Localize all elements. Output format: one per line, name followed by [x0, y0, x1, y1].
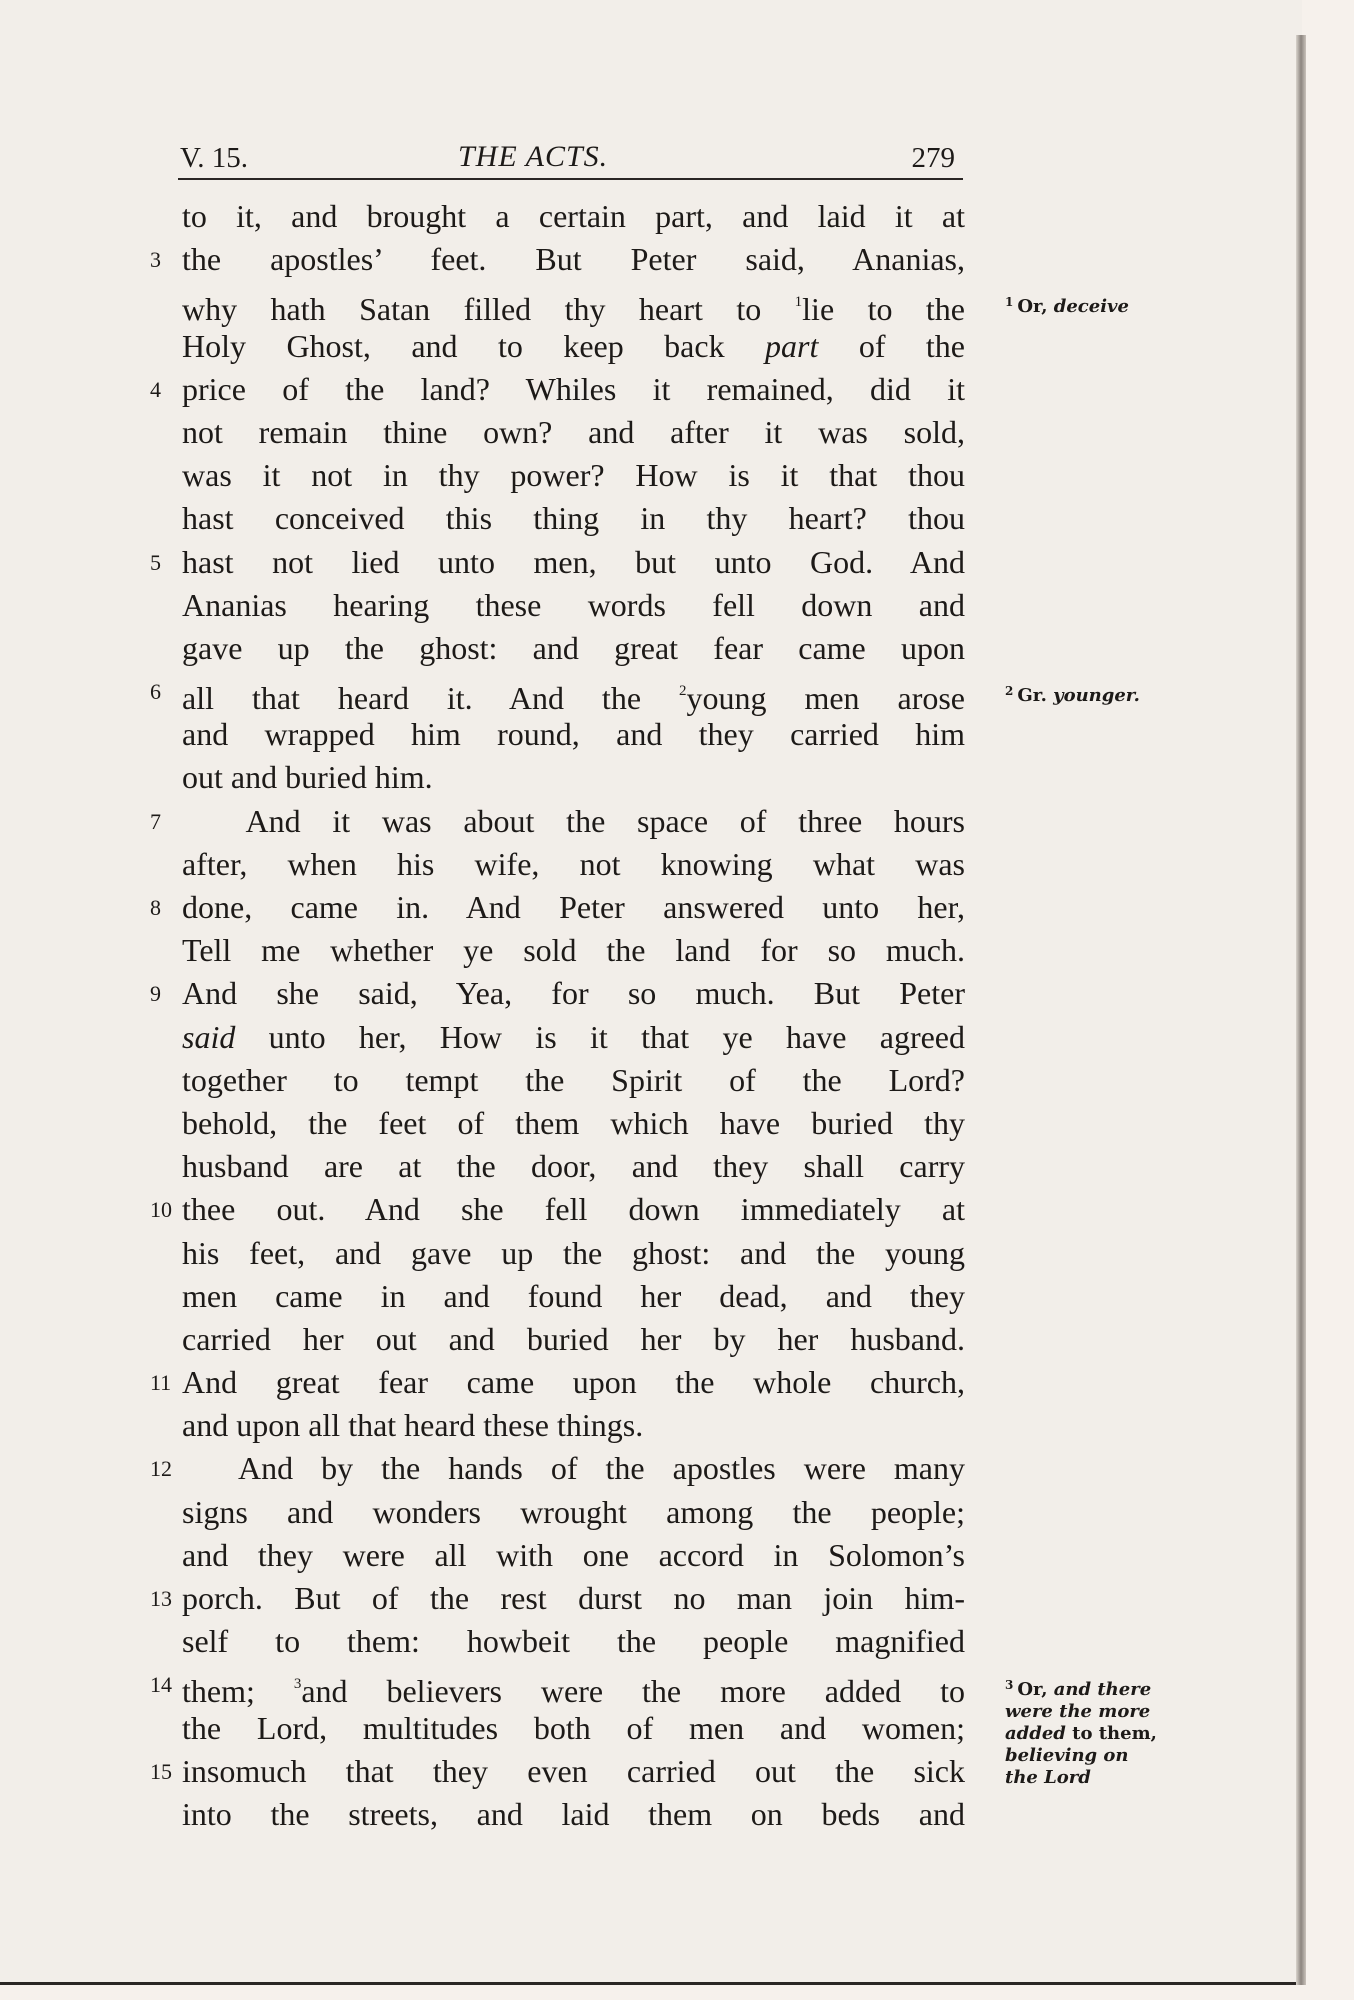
- line-text: after, when his wife, not knowing what w…: [182, 843, 965, 886]
- text-line: carried her out and buried her by her hu…: [150, 1318, 970, 1361]
- line-text: the apostles’ feet. But Peter said, Anan…: [182, 238, 965, 281]
- verse-number: 5: [150, 541, 182, 584]
- line-text: And she said, Yea, for so much. But Pete…: [182, 972, 965, 1015]
- text-line: 11And great fear came upon the whole chu…: [150, 1361, 970, 1404]
- line-text: And great fear came upon the whole churc…: [182, 1361, 965, 1404]
- line-text: out and buried him.: [182, 756, 965, 799]
- margin-note-1: 1Or, deceive: [1005, 291, 1129, 318]
- line-text: Ananias hearing these words fell down an…: [182, 584, 965, 627]
- verse-number: 8: [150, 886, 182, 929]
- text-line: and wrapped him round, and they carried …: [150, 713, 970, 756]
- line-text: Holy Ghost, and to keep back part of the: [182, 325, 965, 368]
- margin-note-2: 2Gr. younger.: [1005, 680, 1140, 707]
- text-line: Ananias hearing these words fell down an…: [150, 584, 970, 627]
- text-line: 5hast not lied unto men, but unto God. A…: [150, 541, 970, 584]
- margin-note-3: 3Or, and therewere the moreadded to them…: [1005, 1674, 1157, 1789]
- line-text: to it, and brought a certain part, and l…: [182, 195, 965, 238]
- text-line: signs and wonders wrought among the peop…: [150, 1491, 970, 1534]
- line-text: the Lord, multitudes both of men and wom…: [182, 1707, 965, 1750]
- line-text: And it was about the space of three hour…: [182, 800, 965, 843]
- text-line: the Lord, multitudes both of men and wom…: [150, 1707, 970, 1750]
- text-line: 7 And it was about the space of three ho…: [150, 800, 970, 843]
- line-text: together to tempt the Spirit of the Lord…: [182, 1059, 965, 1102]
- text-line: said unto her, How is it that ye have ag…: [150, 1016, 970, 1059]
- verse-number: 12: [150, 1447, 182, 1490]
- verse-number: 14: [150, 1663, 182, 1706]
- line-text: into the streets, and laid them on beds …: [182, 1793, 965, 1836]
- text-line: 8done, came in. And Peter answered unto …: [150, 886, 970, 929]
- line-text: carried her out and buried her by her hu…: [182, 1318, 965, 1361]
- text-line: Tell me whether ye sold the land for so …: [150, 929, 970, 972]
- line-text: insomuch that they even carried out the …: [182, 1750, 965, 1793]
- text-line: self to them: howbeit the people magnifi…: [150, 1620, 970, 1663]
- running-header: V. 15. THE ACTS. 279: [178, 138, 963, 180]
- line-text: and upon all that heard these things.: [182, 1404, 965, 1447]
- verse-number: 4: [150, 368, 182, 411]
- text-line: and they were all with one accord in Sol…: [150, 1534, 970, 1577]
- text-line: together to tempt the Spirit of the Lord…: [150, 1059, 970, 1102]
- line-text: thee out. And she fell down immediately …: [182, 1188, 965, 1231]
- verse-number: 10: [150, 1188, 182, 1231]
- line-text: hast not lied unto men, but unto God. An…: [182, 541, 965, 584]
- chapter-verse-ref: V. 15.: [180, 142, 248, 175]
- text-line: 6all that heard it. And the 2young men a…: [150, 670, 970, 713]
- text-line: 13porch. But of the rest durst no man jo…: [150, 1577, 970, 1620]
- text-line: 10thee out. And she fell down immediatel…: [150, 1188, 970, 1231]
- text-line: 9And she said, Yea, for so much. But Pet…: [150, 972, 970, 1015]
- text-line: 4price of the land? Whiles it remained, …: [150, 368, 970, 411]
- line-text: men came in and found her dead, and they: [182, 1275, 965, 1318]
- text-line: 14them; 3and believers were the more add…: [150, 1663, 970, 1706]
- text-line: and upon all that heard these things.: [150, 1404, 970, 1447]
- verse-number: 9: [150, 972, 182, 1015]
- line-text: Tell me whether ye sold the land for so …: [182, 929, 965, 972]
- line-text: said unto her, How is it that ye have ag…: [182, 1016, 965, 1059]
- line-text: was it not in thy power? How is it that …: [182, 454, 965, 497]
- line-text: And by the hands of the apostles were ma…: [182, 1447, 965, 1490]
- verse-number: 11: [150, 1361, 182, 1404]
- line-text: self to them: howbeit the people magnifi…: [182, 1620, 965, 1663]
- verse-number: 3: [150, 238, 182, 281]
- text-line: behold, the feet of them which have buri…: [150, 1102, 970, 1145]
- text-line: gave up the ghost: and great fear came u…: [150, 627, 970, 670]
- text-line: into the streets, and laid them on beds …: [150, 1793, 970, 1836]
- text-line: not remain thine own? and after it was s…: [150, 411, 970, 454]
- text-line: 12 And by the hands of the apostles were…: [150, 1447, 970, 1490]
- line-text: hast conceived this thing in thy heart? …: [182, 497, 965, 540]
- line-text: gave up the ghost: and great fear came u…: [182, 627, 965, 670]
- line-text: husband are at the door, and they shall …: [182, 1145, 965, 1188]
- line-text: signs and wonders wrought among the peop…: [182, 1491, 965, 1534]
- line-text: not remain thine own? and after it was s…: [182, 411, 965, 454]
- text-line: out and buried him.: [150, 756, 970, 799]
- text-line: 3the apostles’ feet. But Peter said, Ana…: [150, 238, 970, 281]
- line-text: his feet, and gave up the ghost: and the…: [182, 1232, 965, 1275]
- text-line: to it, and brought a certain part, and l…: [150, 195, 970, 238]
- page-number: 279: [912, 142, 956, 175]
- book-title: THE ACTS.: [458, 140, 608, 174]
- text-line: 15insomuch that they even carried out th…: [150, 1750, 970, 1793]
- verse-number: 13: [150, 1577, 182, 1620]
- page-edge: [1296, 35, 1306, 1985]
- line-text: done, came in. And Peter answered unto h…: [182, 886, 965, 929]
- text-line: why hath Satan filled thy heart to 1lie …: [150, 281, 970, 324]
- line-text: behold, the feet of them which have buri…: [182, 1102, 965, 1145]
- text-line: husband are at the door, and they shall …: [150, 1145, 970, 1188]
- line-text: porch. But of the rest durst no man join…: [182, 1577, 965, 1620]
- line-text: and wrapped him round, and they carried …: [182, 713, 965, 756]
- line-text: and they were all with one accord in Sol…: [182, 1534, 965, 1577]
- text-line: was it not in thy power? How is it that …: [150, 454, 970, 497]
- scripture-text: to it, and brought a certain part, and l…: [150, 195, 970, 1836]
- text-line: men came in and found her dead, and they: [150, 1275, 970, 1318]
- text-line: hast conceived this thing in thy heart? …: [150, 497, 970, 540]
- verse-number: 6: [150, 670, 182, 713]
- line-text: price of the land? Whiles it remained, d…: [182, 368, 965, 411]
- verse-number: 15: [150, 1750, 182, 1793]
- text-line: his feet, and gave up the ghost: and the…: [150, 1232, 970, 1275]
- text-line: after, when his wife, not knowing what w…: [150, 843, 970, 886]
- text-line: Holy Ghost, and to keep back part of the: [150, 325, 970, 368]
- verse-number: 7: [150, 800, 182, 843]
